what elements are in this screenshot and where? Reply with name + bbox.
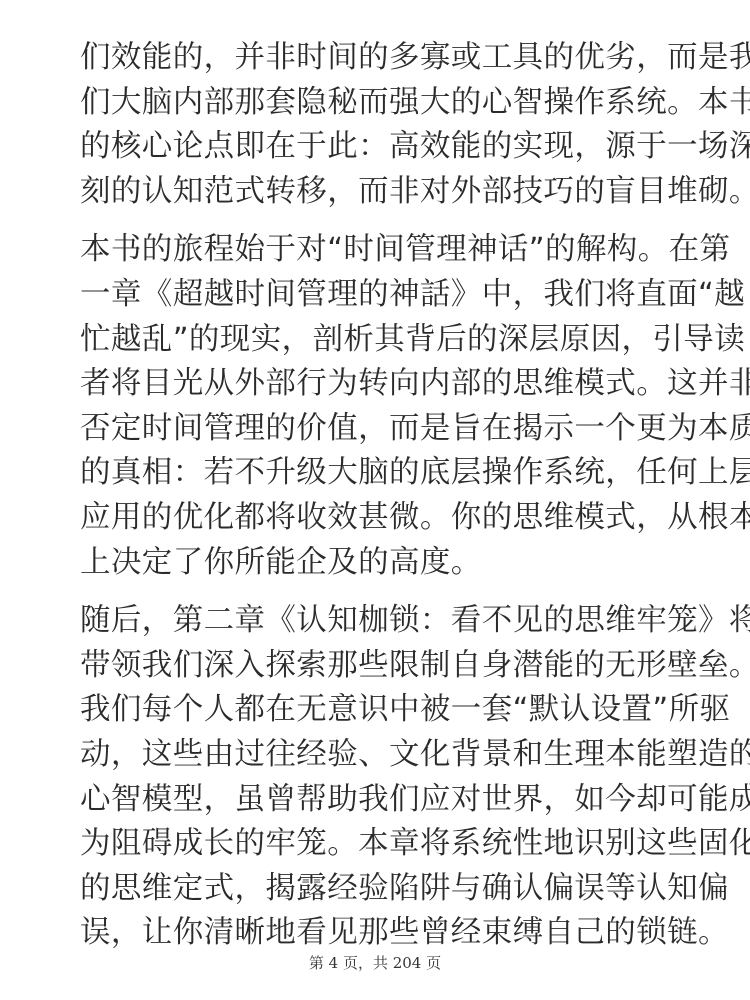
text-line: 忙越乱”的现实，剖析其背后的深层原因，引导读: [80, 318, 672, 363]
text-line: 带领我们深入探索那些限制自身潜能的无形壁垒。: [80, 644, 672, 689]
text-line: 刻的认知范式转移，而非对外部技巧的盲目堆砌。: [80, 170, 672, 215]
text-line: 一章《超越时间管理的神話》中，我们将直面“越: [80, 273, 672, 318]
paragraph-1: 们效能的，并非时间的多寡或工具的优劣，而是我 们大脑内部那套隐秘而强大的心智操作…: [80, 36, 672, 214]
text-line: 的核心论点即在于此：高效能的实现，源于一场深: [80, 125, 672, 170]
text-line: 的思维定式，揭露经验陷阱与确认偏误等认知偏: [80, 867, 672, 912]
text-line: 否定时间管理的价值，而是旨在揭示一个更为本质: [80, 407, 672, 452]
text-line: 们大脑内部那套隐秘而强大的心智操作系统。本书: [80, 81, 672, 126]
page-number-footer: 第 4 页，共 204 页: [0, 952, 750, 973]
text-line: 心智模型，虽曾帮助我们应对世界，如今却可能成: [80, 778, 672, 823]
text-line: 上决定了你所能企及的高度。: [80, 541, 672, 586]
text-line: 动，这些由过往经验、文化背景和生理本能塑造的: [80, 733, 672, 778]
text-line: 本书的旅程始于对“时间管理神话”的解构。在第: [80, 228, 672, 273]
text-line: 们效能的，并非时间的多寡或工具的优劣，而是我: [80, 36, 672, 81]
text-line: 为阻碍成长的牢笼。本章将系统性地识别这些固化: [80, 822, 672, 867]
document-page: 们效能的，并非时间的多寡或工具的优劣，而是我 们大脑内部那套隐秘而强大的心智操作…: [80, 36, 672, 970]
text-line: 的真相：若不升级大脑的底层操作系统，任何上层: [80, 451, 672, 496]
paragraph-3: 随后，第二章《认知枷锁：看不见的思维牢笼》将 带领我们深入探索那些限制自身潜能的…: [80, 599, 672, 956]
text-line: 随后，第二章《认知枷锁：看不见的思维牢笼》将: [80, 599, 672, 644]
text-line: 误，让你清晰地看见那些曾经束缚自己的锁链。: [80, 911, 672, 956]
text-line: 应用的优化都将收效甚微。你的思维模式，从根本: [80, 496, 672, 541]
paragraph-2: 本书的旅程始于对“时间管理神话”的解构。在第 一章《超越时间管理的神話》中，我们…: [80, 228, 672, 585]
text-line: 者将目光从外部行为转向内部的思维模式。这并非: [80, 362, 672, 407]
text-line: 我们每个人都在无意识中被一套“默认设置”所驱: [80, 688, 672, 733]
